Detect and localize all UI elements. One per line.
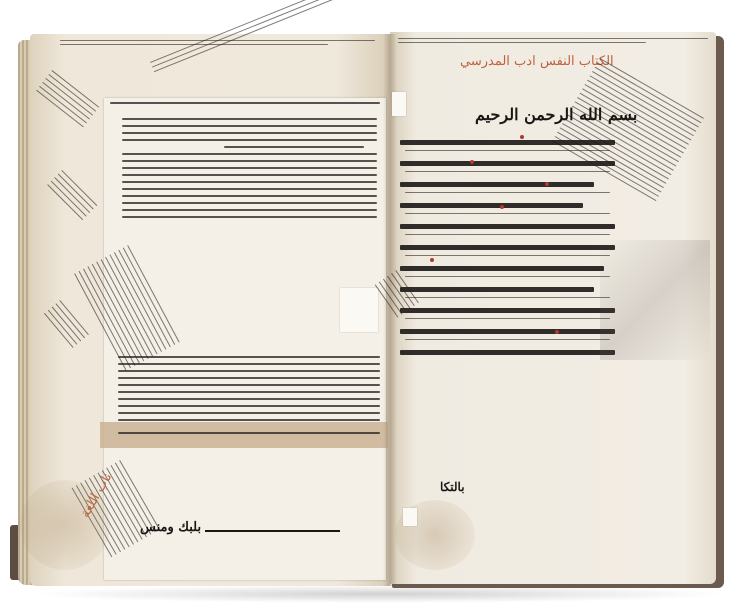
- ink-smudge: [600, 240, 710, 360]
- signature-stroke: [205, 530, 340, 532]
- image-description: Two facing pages of a handwritten Arabic…: [0, 0, 1, 1]
- interlinear-notes: [405, 150, 610, 360]
- slip-signature: بلبك ومنس: [140, 520, 201, 535]
- slip-top-line: [110, 102, 380, 109]
- slip-commentary-text: [122, 118, 377, 223]
- paper-patch: [340, 288, 378, 332]
- right-page-header-text: [398, 38, 708, 46]
- rubric-heading-2: ادب المدرسي: [460, 54, 536, 69]
- paper-tab-bottom: [403, 508, 417, 526]
- basmala-heading: بسم الله الرحمن الرحيم: [475, 105, 637, 124]
- water-stain-left: [20, 480, 110, 570]
- closing-word: بالتكا: [440, 480, 465, 494]
- stained-strip-text: [118, 432, 380, 439]
- slip-lower-text: [118, 356, 380, 426]
- paper-tab-top: [392, 92, 406, 116]
- manuscript-photo: Two facing pages of a handwritten Arabic…: [0, 0, 750, 615]
